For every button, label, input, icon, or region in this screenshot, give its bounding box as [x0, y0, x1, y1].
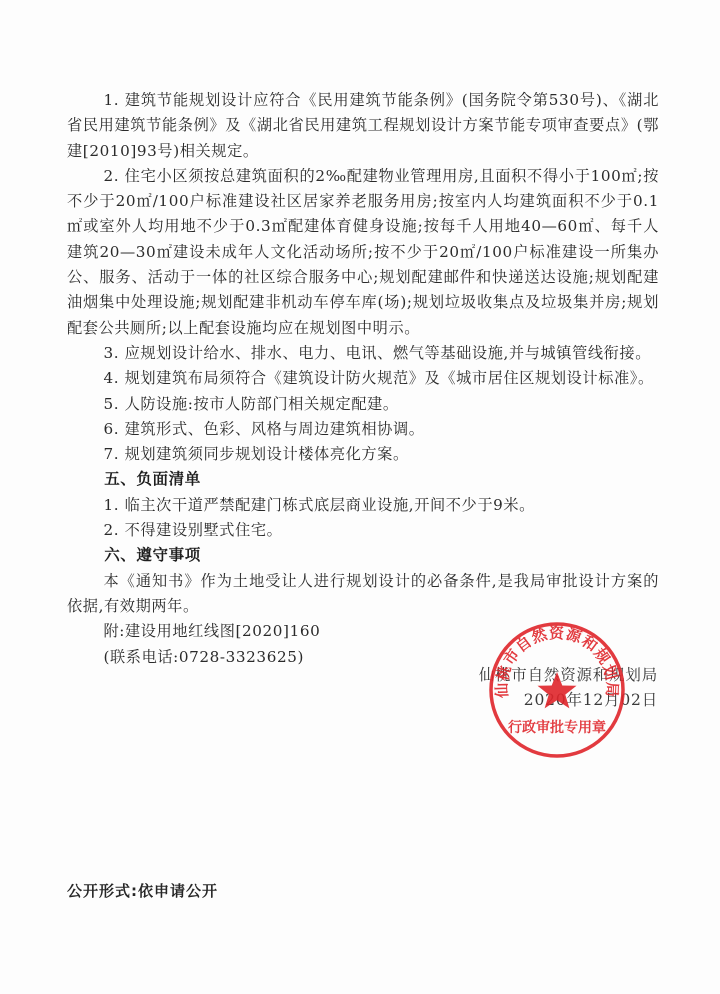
- clause-lighting-plan: 7. 规划建筑须同步规划设计楼体亮化方案。: [67, 442, 659, 467]
- clause-building-style: 6. 建筑形式、色彩、风格与周边建筑相协调。: [67, 417, 659, 442]
- document-page: 1. 建筑节能规划设计应符合《民用建筑节能条例》(国务院令第530号)、《湖北省…: [0, 0, 720, 994]
- clause-infrastructure: 3. 应规划设计给水、排水、电力、电讯、燃气等基础设施,并与城镇管线衔接。: [67, 341, 659, 366]
- disclosure-form: 公开形式:依申请公开: [67, 880, 218, 901]
- negative-item-1: 1. 临主次干道严禁配建门栋式底层商业设施,开间不少于9米。: [67, 493, 659, 518]
- clause-civil-defense: 5. 人防设施:按市人防部门相关规定配建。: [67, 392, 659, 417]
- clause-energy-saving: 1. 建筑节能规划设计应符合《民用建筑节能条例》(国务院令第530号)、《湖北省…: [67, 88, 659, 164]
- seal-bottom-text: 行政审批专用章: [508, 719, 606, 736]
- negative-item-2: 2. 不得建设别墅式住宅。: [67, 518, 659, 543]
- document-body: 1. 建筑节能规划设计应符合《民用建筑节能条例》(国务院令第530号)、《湖北省…: [67, 88, 659, 670]
- attachment-line: 附:建设用地红线图[2020]160: [67, 619, 659, 644]
- clause-supporting-facilities: 2. 住宅小区须按总建筑面积的2‰配建物业管理用房,且面积不得小于100㎡;按不…: [67, 164, 659, 341]
- compliance-text: 本《通知书》作为土地受让人进行规划设计的必备条件,是我局审批设计方案的依据,有效…: [67, 569, 659, 620]
- signature-block: 仙桃市自然资源和规划局 2020年12月02日: [479, 663, 658, 713]
- issue-date: 2020年12月02日: [479, 688, 658, 713]
- clause-fire-code: 4. 规划建筑布局须符合《建筑设计防火规范》及《城市居住区规划设计标准》。: [67, 366, 659, 391]
- section-heading-negative-list: 五、负面清单: [67, 467, 659, 492]
- section-heading-compliance: 六、遵守事项: [67, 543, 659, 568]
- issuing-organization: 仙桃市自然资源和规划局: [479, 663, 658, 688]
